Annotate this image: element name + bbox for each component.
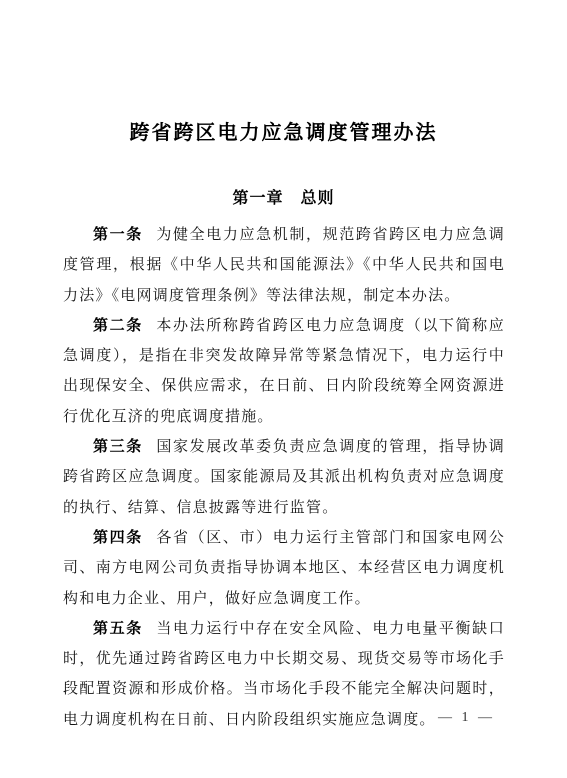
- article-label-5: 第五条: [93, 620, 143, 637]
- article-label-1: 第一条: [93, 226, 143, 243]
- chapter-heading: 第一章 总则: [0, 188, 567, 210]
- article-label-3: 第三条: [93, 438, 143, 455]
- document-title: 跨省跨区电力应急调度管理办法: [0, 0, 567, 148]
- article-paragraph-2: 第二条本办法所称跨省跨区电力应急调度（以下简称应急调度），是指在非突发故障异常等…: [63, 311, 505, 432]
- article-paragraph-1: 第一条为健全电力应急机制，规范跨省跨区电力应急调度管理，根据《中华人民共和国能源…: [63, 220, 505, 311]
- article-label-2: 第二条: [93, 317, 143, 334]
- article-paragraph-4: 第四条各省（区、市）电力运行主管部门和国家电网公司、南方电网公司负责指导协调本地…: [63, 523, 505, 614]
- document-body: 第一条为健全电力应急机制，规范跨省跨区电力应急调度管理，根据《中华人民共和国能源…: [0, 220, 567, 735]
- article-paragraph-3: 第三条国家发展改革委负责应急调度的管理，指导协调跨省跨区应急调度。国家能源局及其…: [63, 432, 505, 523]
- article-label-4: 第四条: [93, 529, 143, 546]
- document-page: 跨省跨区电力应急调度管理办法 第一章 总则 第一条为健全电力应急机制，规范跨省跨…: [0, 0, 567, 778]
- page-number: — 1 —: [438, 710, 495, 726]
